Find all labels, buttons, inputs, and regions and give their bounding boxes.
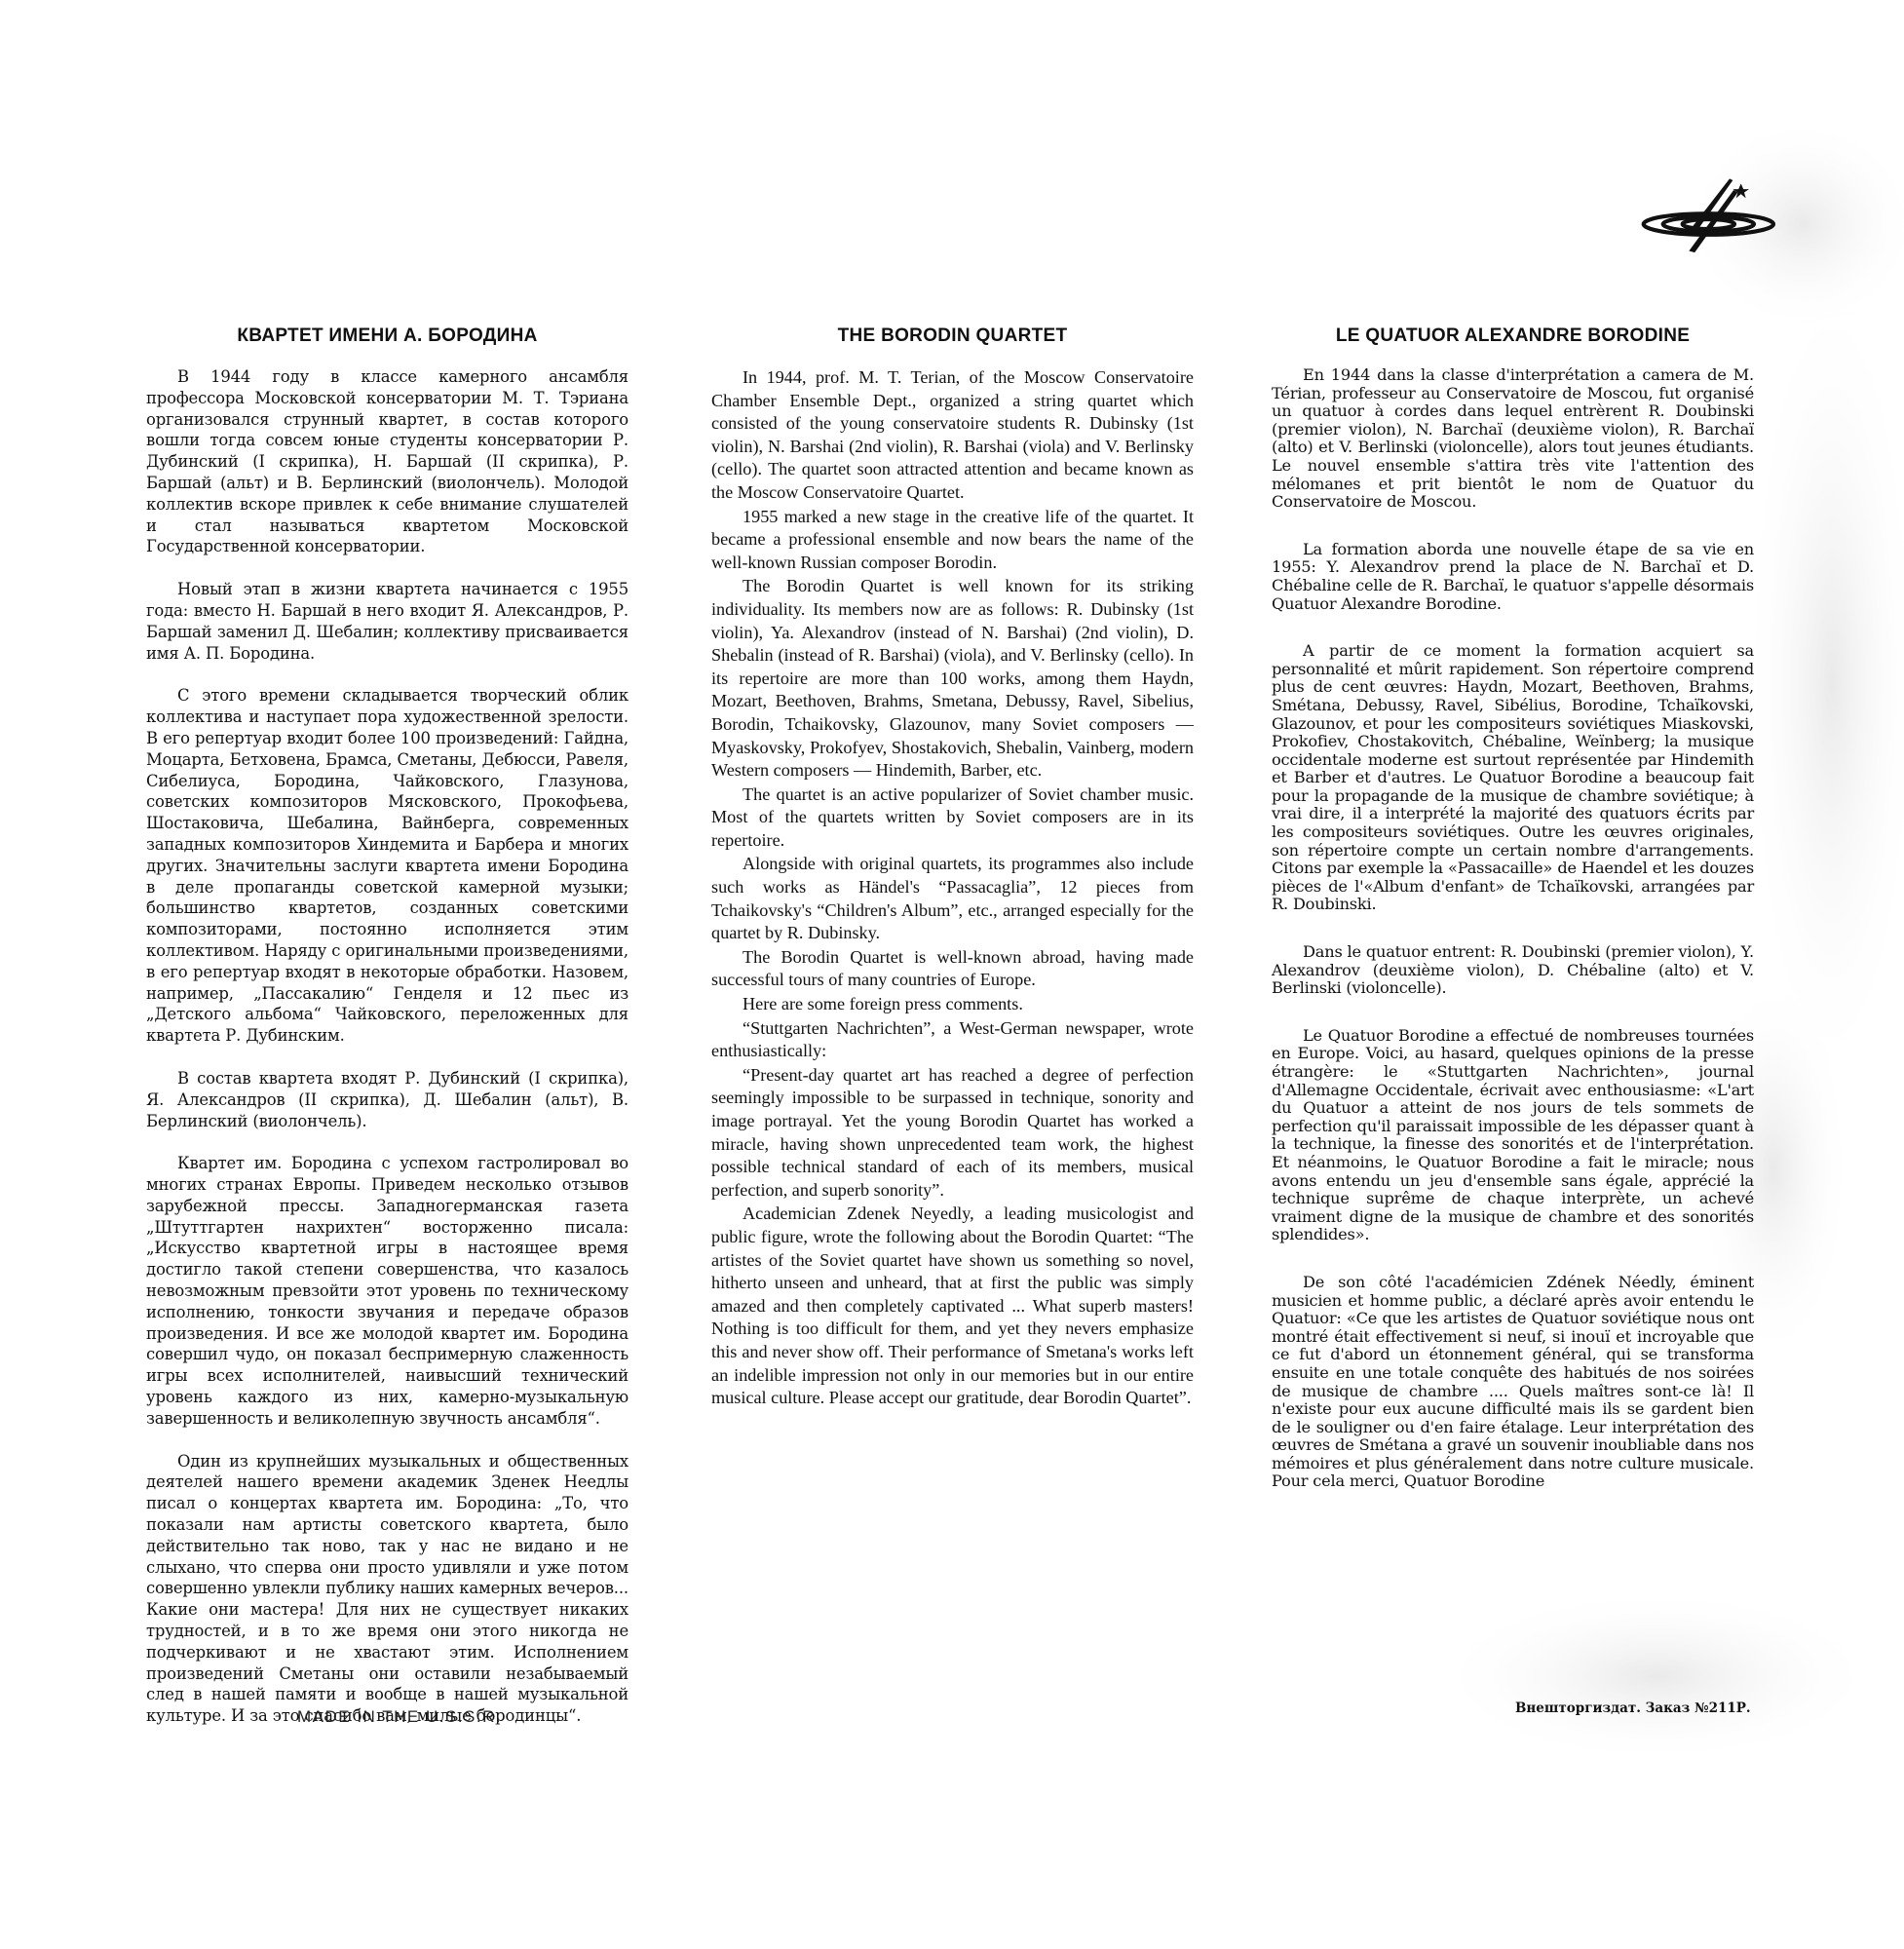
english-paragraph: In 1944, prof. M. T. Terian, of the Mosc… bbox=[711, 366, 1194, 505]
french-paragraph: En 1944 dans la classe d'interprétation … bbox=[1272, 366, 1754, 512]
english-paragraph: 1955 marked a new stage in the creative … bbox=[711, 506, 1194, 575]
english-body: In 1944, prof. M. T. Terian, of the Mosc… bbox=[711, 366, 1194, 1411]
russian-paragraph: В состав квартета входят Р. Дубинский (I… bbox=[146, 1068, 628, 1131]
publisher-imprint: Внешторгиздат. Заказ №211Р. bbox=[1515, 1701, 1751, 1716]
french-paragraph: De son côté l'académicien Zdének Néedly,… bbox=[1272, 1274, 1754, 1491]
russian-paragraph: Один из крупнейших музыкальных и обществ… bbox=[146, 1451, 628, 1727]
melodiya-logo bbox=[1618, 161, 1812, 268]
english-paragraph: “Stuttgarten Nachrichten”, a West-German… bbox=[711, 1017, 1194, 1063]
english-paragraph: Academician Zdenek Neyedly, a leading mu… bbox=[711, 1203, 1194, 1409]
english-paragraph: Here are some foreign press comments. bbox=[711, 993, 1194, 1016]
english-paragraph: “Present-day quartet art has reached a d… bbox=[711, 1064, 1194, 1203]
french-paragraph: Dans le quatuor entrent: R. Doubinski (p… bbox=[1272, 943, 1754, 998]
english-paragraph: The Borodin Quartet is well known for it… bbox=[711, 575, 1194, 782]
english-heading: THE BORODIN QUARTET bbox=[711, 325, 1194, 347]
russian-paragraph: Новый этап в жизни квартета начинается с… bbox=[146, 579, 628, 664]
english-paragraph: Alongside with original quartets, its pr… bbox=[711, 853, 1194, 944]
english-paragraph: The Borodin Quartet is well-known abroad… bbox=[711, 946, 1194, 992]
french-paragraph: A partir de ce moment la formation acqui… bbox=[1272, 642, 1754, 914]
made-in-label: MADE IN THE U.S.S.R. bbox=[297, 1707, 502, 1727]
french-paragraph: La formation aborda une nouvelle étape d… bbox=[1272, 541, 1754, 613]
russian-paragraph: В 1944 году в классе камерного ансамбля … bbox=[146, 366, 628, 557]
russian-heading: КВАРТЕТ ИМЕНИ А. БОРОДИНА bbox=[146, 325, 628, 347]
french-paragraph: Le Quatuor Borodine a effectué de nombre… bbox=[1272, 1027, 1754, 1244]
french-heading: LE QUATUOR ALEXANDRE BORODINE bbox=[1272, 325, 1754, 347]
russian-paragraph: Квартет им. Бородина с успехом гастролир… bbox=[146, 1153, 628, 1429]
russian-paragraph: С этого времени складывается творческий … bbox=[146, 685, 628, 1047]
english-paragraph: The quartet is an active popularizer of … bbox=[711, 783, 1194, 853]
melodiya-logo-icon bbox=[1618, 161, 1812, 268]
french-body: En 1944 dans la classe d'interprétation … bbox=[1272, 366, 1754, 1520]
russian-body: В 1944 году в классе камерного ансамбля … bbox=[146, 366, 628, 1748]
